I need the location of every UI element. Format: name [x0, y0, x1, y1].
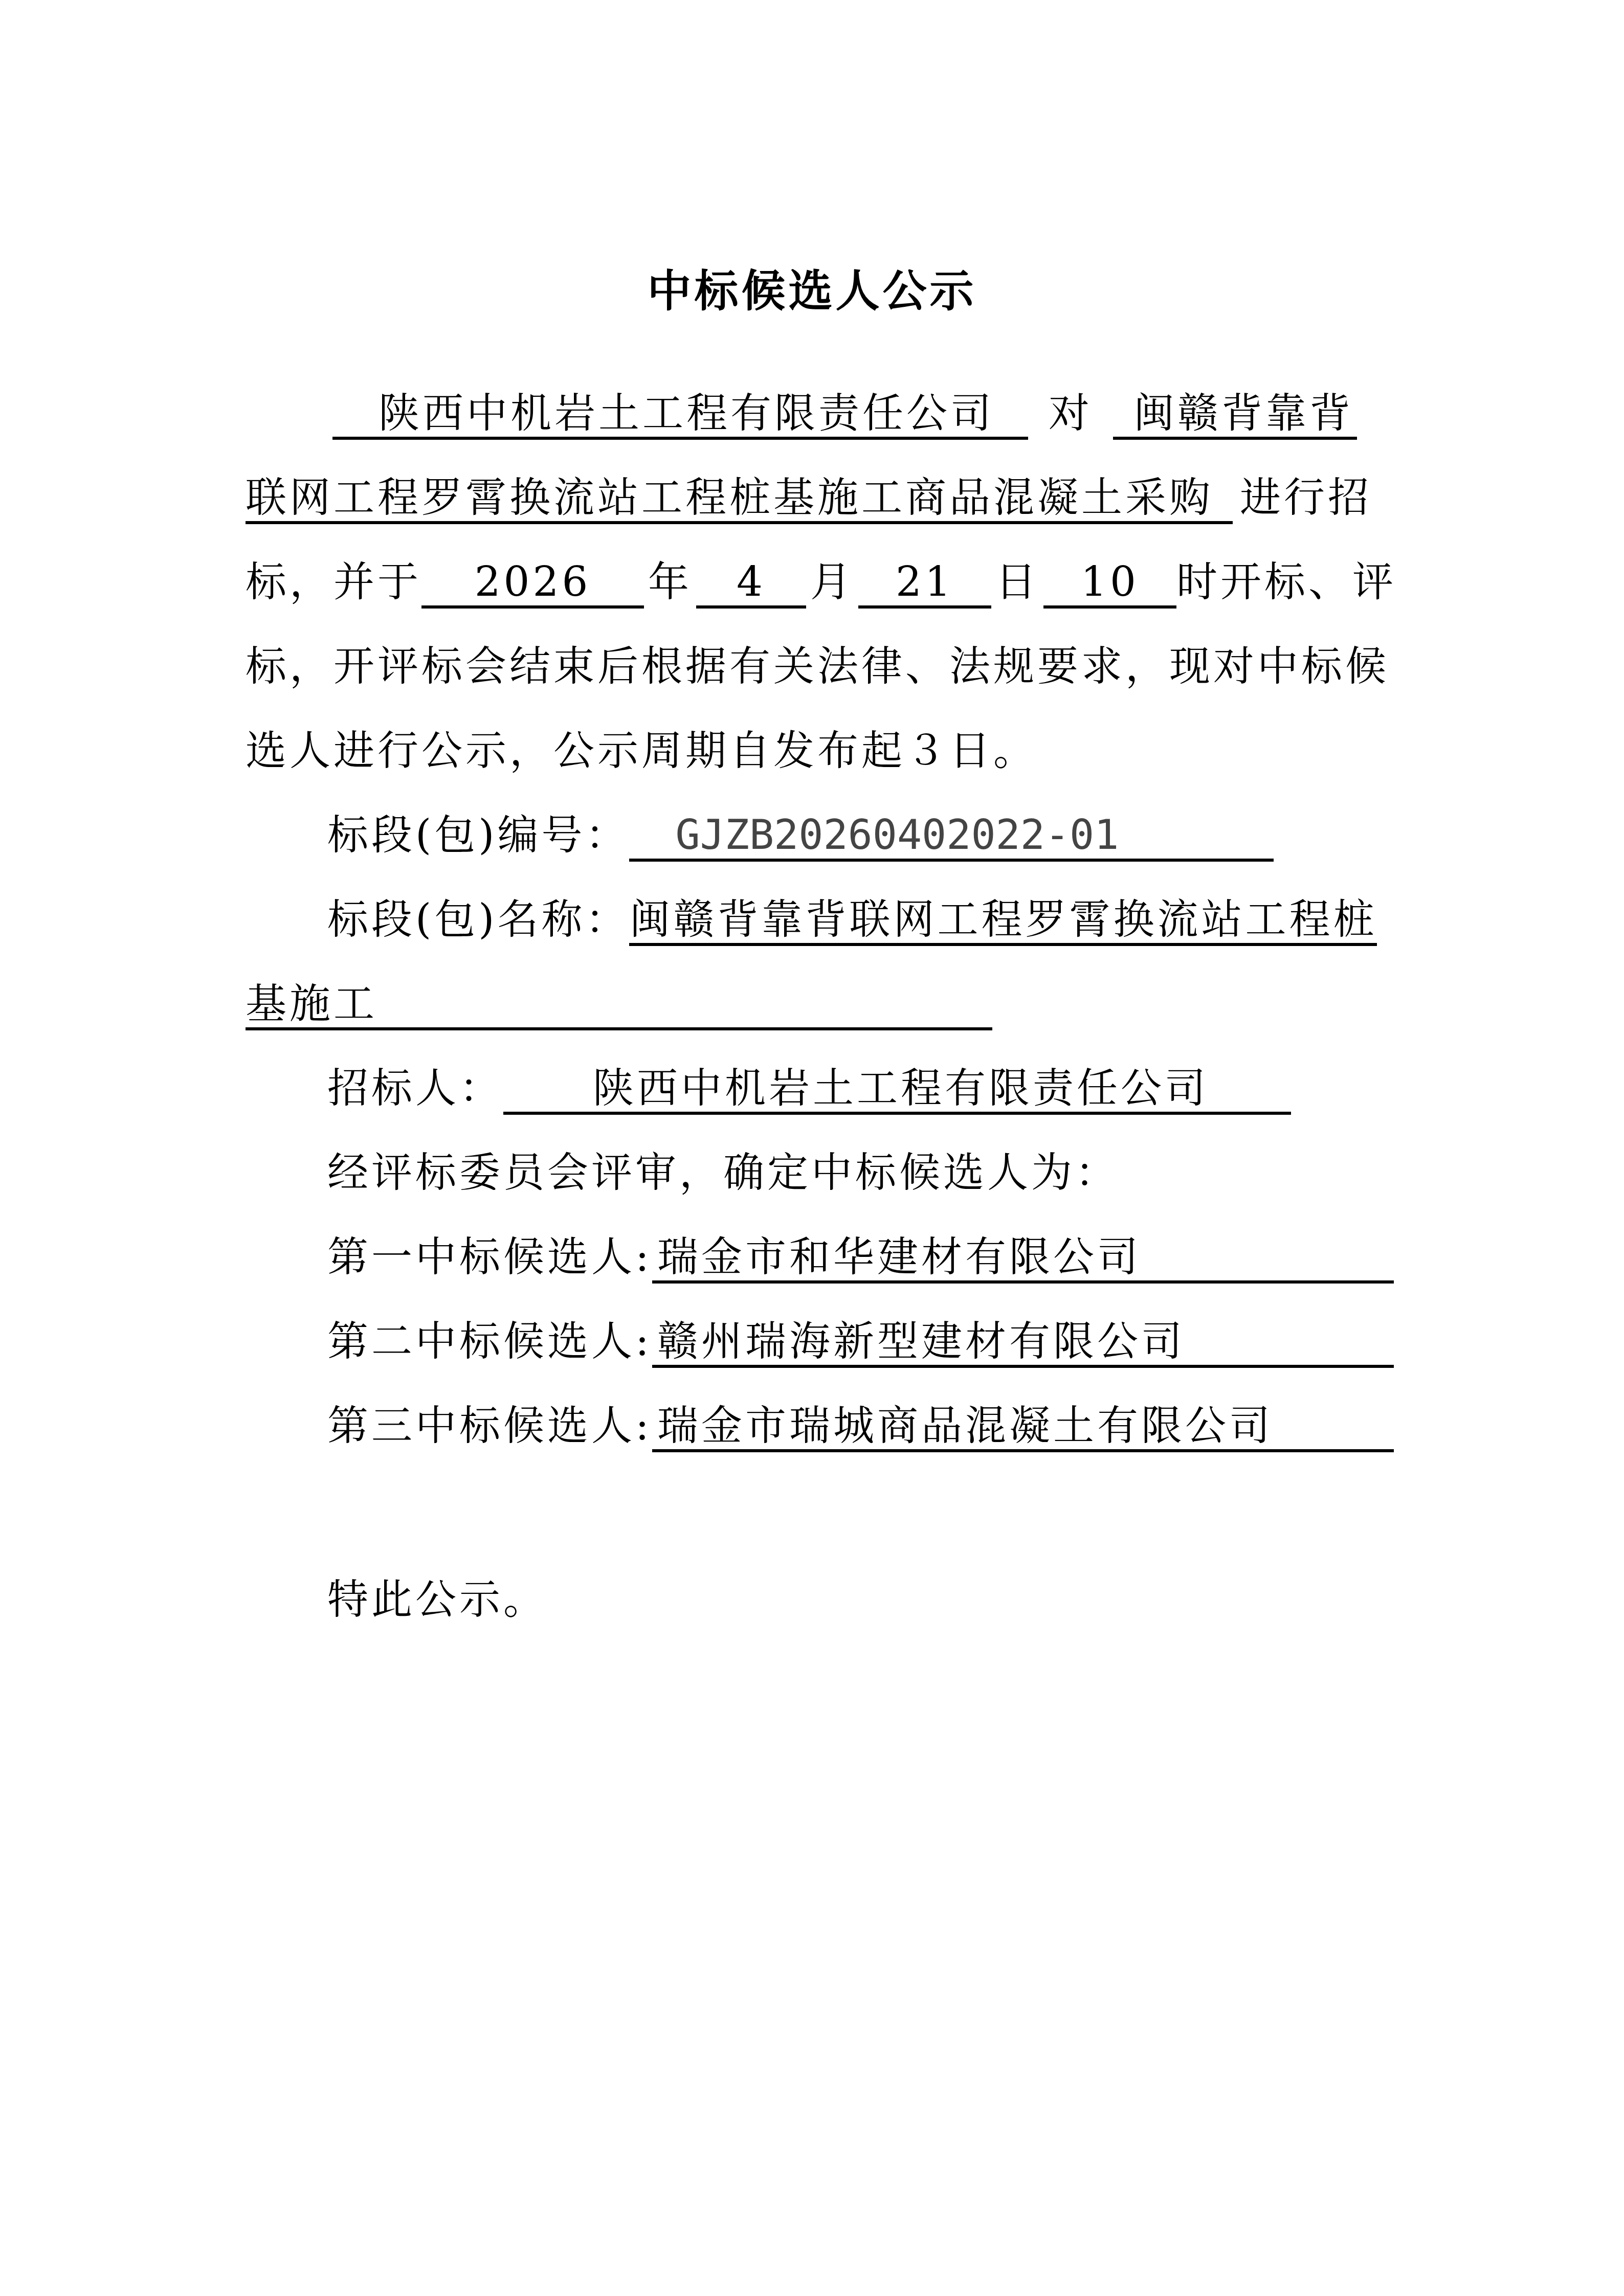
candidate-name-field: 赣州瑞海新型建材有限公司 [652, 1318, 1394, 1368]
para-line-4: 标，开评标会结束后根据有关法律、法规要求，现对中标候 [246, 642, 1389, 691]
para-line-1: 陕西中机岩土工程有限责任公司对闽赣背靠背 [246, 389, 1357, 440]
project-name-field-part1: 闽赣背靠背 [1113, 390, 1357, 440]
candidate-label: 第二中标候选人: [327, 1317, 652, 1365]
day-field: 21 [858, 558, 991, 609]
page-title: 中标候选人公示 [0, 256, 1624, 319]
para-line-2: 联网工程罗霄换流站工程桩基施工商品混凝土采购进行招 [246, 473, 1372, 524]
tenderer-row: 招标人：陕西中机岩土工程有限责任公司 [327, 1064, 1291, 1115]
connector-dui: 对 [1049, 389, 1093, 437]
section-name-row-cont: 基施工 [246, 979, 992, 1030]
candidate-name-field: 瑞金市瑞城商品混凝土有限公司 [652, 1402, 1394, 1452]
tenderer-label: 招标人： [327, 1064, 503, 1112]
section-number-row: 标段(包)编号：GJZB20260402022-01 [327, 811, 1274, 862]
section-name-label: 标段(包)名称： [327, 895, 629, 943]
year-field: 2026 [421, 558, 644, 609]
candidate-row-1: 第一中标候选人:瑞金市和华建材有限公司 [327, 1232, 1394, 1284]
candidate-label: 第一中标候选人: [327, 1233, 652, 1280]
candidate-label: 第三中标候选人: [327, 1402, 652, 1449]
tenderer-field: 陕西中机岩土工程有限责任公司 [503, 1065, 1291, 1115]
committee-statement: 经评标委员会评审，确定中标候选人为： [327, 1148, 1119, 1197]
section-name-field: 闽赣背靠背联网工程罗霄换流站工程桩 [629, 896, 1377, 946]
closing-text: 特此公示。 [327, 1575, 547, 1624]
candidate-row-3: 第三中标候选人:瑞金市瑞城商品混凝土有限公司 [327, 1401, 1394, 1452]
project-name-field-part2: 联网工程罗霄换流站工程桩基施工商品混凝土采购 [246, 474, 1233, 524]
section-name-field-cont: 基施工 [246, 980, 992, 1030]
section-name-row: 标段(包)名称：闽赣背靠背联网工程罗霄换流站工程桩 [327, 895, 1377, 946]
section-number-field: GJZB20260402022-01 [629, 812, 1274, 862]
section-number-label: 标段(包)编号： [327, 811, 629, 859]
para-line-5: 选人进行公示，公示周期自发布起３日。 [246, 726, 1037, 775]
para-line-3: 标，并于2026年4月21日10时开标、评 [246, 557, 1396, 609]
candidate-row-2: 第二中标候选人:赣州瑞海新型建材有限公司 [327, 1317, 1394, 1368]
candidate-name-field: 瑞金市和华建材有限公司 [652, 1233, 1394, 1284]
bidder-field: 陕西中机岩土工程有限责任公司 [332, 390, 1028, 440]
hour-field: 10 [1043, 558, 1176, 609]
month-field: 4 [696, 558, 806, 609]
